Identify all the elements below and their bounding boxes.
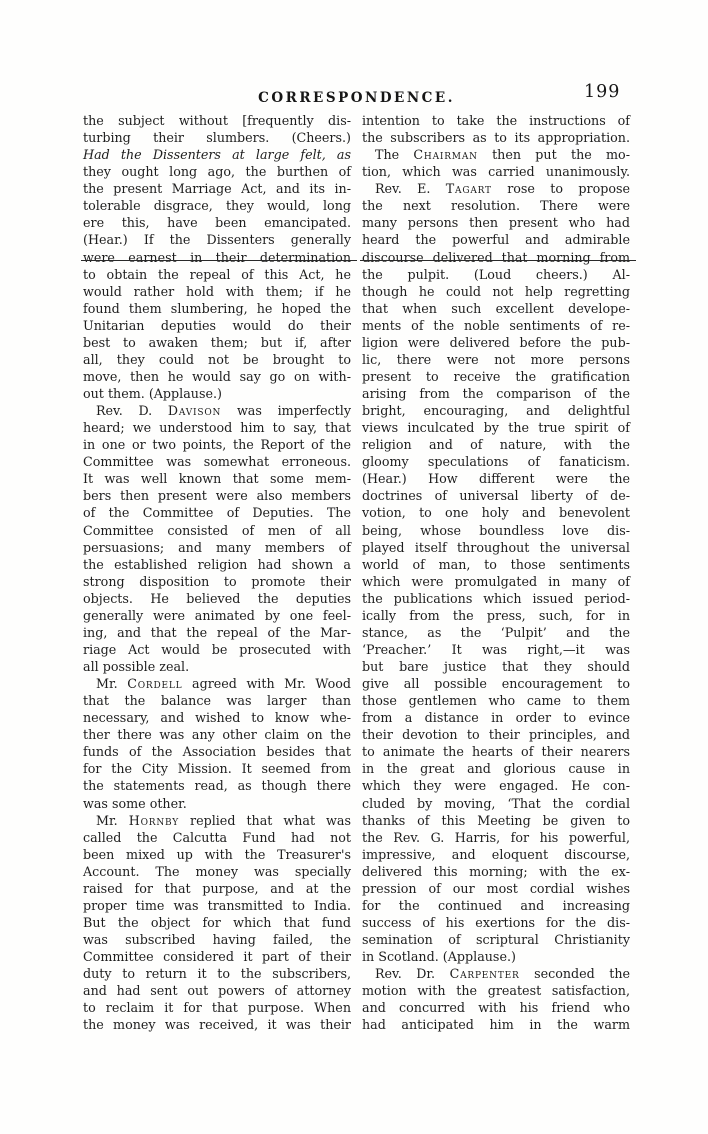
text-line: they ought long ago, the burthen of xyxy=(83,163,351,180)
text-line: out them. (Applause.) xyxy=(83,385,351,402)
text-line: ere this, have been emancipated. xyxy=(83,214,351,231)
text-line: which were promulgated in many of xyxy=(362,573,630,590)
text-line: from a distance in order to evince xyxy=(362,709,630,726)
text-line: funds of the Association besides that xyxy=(83,743,351,760)
text-line: but bare justice that they should xyxy=(362,658,630,675)
text-line: Mr. Cordell agreed with Mr. Wood xyxy=(83,675,351,692)
page-title: CORRESPONDENCE. xyxy=(258,90,455,106)
text-line: religion and of nature, with the xyxy=(362,436,630,453)
text-line: raised for that purpose, and at the xyxy=(83,880,351,897)
text-line: give all possible encouragement to xyxy=(362,675,630,692)
text-line: views inculcated by the true spirit of xyxy=(362,419,630,436)
text-line: the subscribers as to its appropriation. xyxy=(362,129,630,146)
text-line: gloomy speculations of fanaticism. xyxy=(362,453,630,470)
text-line: ments of the noble sentiments of re- xyxy=(362,317,630,334)
text-line: the Rev. G. Harris, for his powerful, xyxy=(362,829,630,846)
text-line: had anticipated him in the warm xyxy=(362,1016,630,1033)
text-line: heard; we understood him to say, that xyxy=(83,419,351,436)
text-line: delivered this morning; with the ex- xyxy=(362,863,630,880)
text-line: the publications which issued period- xyxy=(362,590,630,607)
text-line: lic, there were not more persons xyxy=(362,351,630,368)
text-line: tion, which was carried unanimously. xyxy=(362,163,630,180)
text-line: for the continued and increasing xyxy=(362,897,630,914)
text-line: and had sent out powers of attorney xyxy=(83,982,351,999)
text-line: though he could not help regretting xyxy=(362,283,630,300)
text-line: Account. The money was specially xyxy=(83,863,351,880)
text-line: arising from the comparison of the xyxy=(362,385,630,402)
page-number: 199 xyxy=(584,82,620,102)
text-line: ligion were delivered before the pub- xyxy=(362,334,630,351)
text-line: (Hear.) How different were the xyxy=(362,470,630,487)
text-line: their devotion to their principles, and xyxy=(362,726,630,743)
text-line: (Hear.) If the Dissenters generally xyxy=(83,231,351,248)
text-line: Committee considered it part of their xyxy=(83,948,351,965)
scanned-page: CORRESPONDENCE. 199 the subject without … xyxy=(0,0,708,1134)
text-line: Had the Dissenters at large felt, as xyxy=(83,146,351,163)
text-line: that when such excellent develope- xyxy=(362,300,630,317)
text-line: turbing their slumbers. (Cheers.) xyxy=(83,129,351,146)
text-line: strong disposition to promote their xyxy=(83,573,351,590)
text-line: those gentlemen who came to them xyxy=(362,692,630,709)
text-line: bers then present were also members xyxy=(83,487,351,504)
text-line: Committee consisted of men of all xyxy=(83,522,351,539)
text-line: in the great and glorious cause in xyxy=(362,760,630,777)
text-line: success of his exertions for the dis- xyxy=(362,914,630,931)
text-line: present to receive the gratification xyxy=(362,368,630,385)
text-line: Unitarian deputies would do their xyxy=(83,317,351,334)
text-line: pression of our most cordial wishes xyxy=(362,880,630,897)
text-line: the subject without [frequently dis- xyxy=(83,112,351,129)
right-column: intention to take the instructions ofthe… xyxy=(362,112,630,1033)
text-line: which they were engaged. He con- xyxy=(362,777,630,794)
text-line: to animate the hearts of their nearers xyxy=(362,743,630,760)
text-line: tolerable disgrace, they would, long xyxy=(83,197,351,214)
text-line: called the Calcutta Fund had not xyxy=(83,829,351,846)
text-line: world of man, to those sentiments xyxy=(362,556,630,573)
text-line: was subscribed having failed, the xyxy=(83,931,351,948)
text-line: thanks of this Meeting be given to xyxy=(362,812,630,829)
text-line: duty to return it to the subscribers, xyxy=(83,965,351,982)
text-line: generally were animated by one feel- xyxy=(83,607,351,624)
text-line: Rev. D. Davison was imperfectly xyxy=(83,402,351,419)
text-line: Mr. Hornby replied that what was xyxy=(83,812,351,829)
text-line: the present Marriage Act, and its in- xyxy=(83,180,351,197)
text-line: Rev. Dr. Carpenter seconded the xyxy=(362,965,630,982)
text-line: Rev. E. Tagart rose to propose xyxy=(362,180,630,197)
text-line: the pulpit. (Loud cheers.) Al- xyxy=(362,266,630,283)
text-line: best to awaken them; but if, after xyxy=(83,334,351,351)
text-line: riage Act would be prosecuted with xyxy=(83,641,351,658)
text-line: the money was received, it was their xyxy=(83,1016,351,1033)
text-line: to obtain the repeal of this Act, he xyxy=(83,266,351,283)
text-line: ther there was any other claim on the xyxy=(83,726,351,743)
text-line: were earnest in their determination xyxy=(83,249,351,266)
text-line: the next resolution. There were xyxy=(362,197,630,214)
text-line: semination of scriptural Christianity xyxy=(362,931,630,948)
text-line: ically from the press, such, for in xyxy=(362,607,630,624)
text-line: for the City Mission. It seemed from xyxy=(83,760,351,777)
text-line: of the Committee of Deputies. The xyxy=(83,504,351,521)
text-line: Committee was somewhat erroneous. xyxy=(83,453,351,470)
text-line: in Scotland. (Applause.) xyxy=(362,948,630,965)
text-line: in one or two points, the Report of the xyxy=(83,436,351,453)
running-header: CORRESPONDENCE. xyxy=(83,87,630,106)
text-line: bright, encouraging, and delightful xyxy=(362,402,630,419)
text-line: all, they could not be brought to xyxy=(83,351,351,368)
text-line: found them slumbering, he hoped the xyxy=(83,300,351,317)
text-line: many persons then present who had xyxy=(362,214,630,231)
text-line: stance, as the ‘Pulpit’ and the xyxy=(362,624,630,641)
text-line: impressive, and eloquent discourse, xyxy=(362,846,630,863)
text-line: necessary, and wished to know whe- xyxy=(83,709,351,726)
text-line: been mixed up with the Treasurer's xyxy=(83,846,351,863)
text-line: the established religion had shown a xyxy=(83,556,351,573)
text-line: was some other. xyxy=(83,795,351,812)
text-line: would rather hold with them; if he xyxy=(83,283,351,300)
text-line: objects. He believed the deputies xyxy=(83,590,351,607)
text-line: discourse delivered that morning from xyxy=(362,249,630,266)
text-line: It was well known that some mem- xyxy=(83,470,351,487)
text-line: intention to take the instructions of xyxy=(362,112,630,129)
text-line: played itself throughout the universal xyxy=(362,539,630,556)
left-column: the subject without [frequently dis-turb… xyxy=(83,112,351,1033)
text-line: that the balance was larger than xyxy=(83,692,351,709)
text-line: ing, and that the repeal of the Mar- xyxy=(83,624,351,641)
text-line: But the object for which that fund xyxy=(83,914,351,931)
text-line: the statements read, as though there xyxy=(83,777,351,794)
text-line: being, whose boundless love dis- xyxy=(362,522,630,539)
text-line: doctrines of universal liberty of de- xyxy=(362,487,630,504)
text-line: proper time was transmitted to India. xyxy=(83,897,351,914)
text-line: persuasions; and many members of xyxy=(83,539,351,556)
text-line: ‘Preacher.’ It was right,—it was xyxy=(362,641,630,658)
text-line: heard the powerful and admirable xyxy=(362,231,630,248)
text-line: motion with the greatest satisfaction, xyxy=(362,982,630,999)
text-line: move, then he would say go on with- xyxy=(83,368,351,385)
text-line: The Chairman then put the mo- xyxy=(362,146,630,163)
text-line: all possible zeal. xyxy=(83,658,351,675)
text-line: and concurred with his friend who xyxy=(362,999,630,1016)
text-line: cluded by moving, ‘That the cordial xyxy=(362,795,630,812)
text-line: votion, to one holy and benevolent xyxy=(362,504,630,521)
text-line: to reclaim it for that purpose. When xyxy=(83,999,351,1016)
